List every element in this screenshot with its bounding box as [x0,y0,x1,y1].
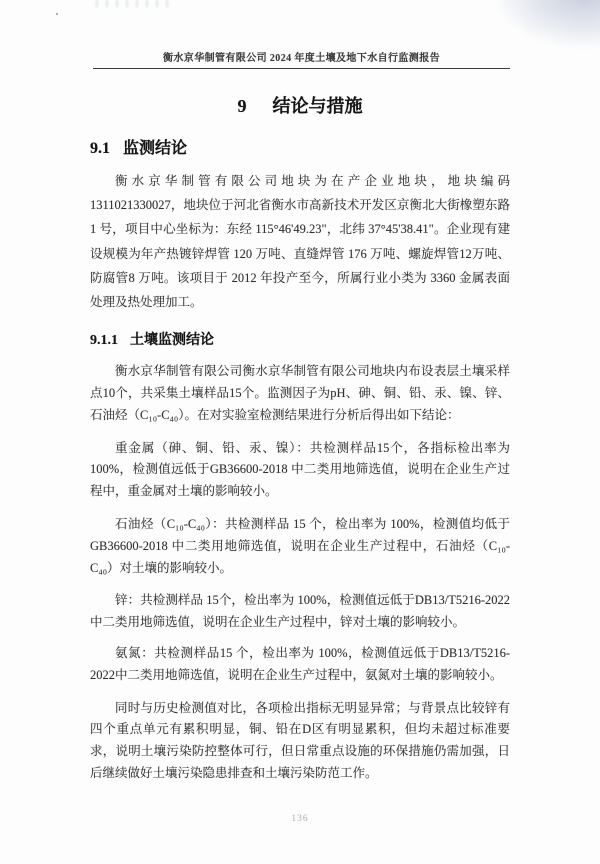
paragraph-petroleum-hydrocarbons: 石油烃（C₁₀-C₄₀）：共检测样品 15 个，检出率为 100%，检测值均低于… [90,514,510,579]
section-heading-9-1: 9.1 监测结论 [90,135,510,158]
paragraph-historical-comparison: 同时与历史检测值对比，各项检出指标无明显异常；与背景点比较锌有四个重点单元有累积… [90,698,510,785]
scan-speck [56,13,58,15]
subsection-number: 9.1.1 [90,333,118,349]
page-footer: 136 [0,814,600,824]
section-number: 9.1 [90,140,110,158]
paragraph-heavy-metals: 重金属（砷、铜、铅、汞、镍）：共检测样品15个，各指标检出率为 100%，检测值… [90,438,510,503]
paragraph-zinc: 锌：共检测样品 15个，检出率为 100%，检测值远低于DB13/T5216-2… [90,590,510,634]
chapter-heading: 9 结论与措施 [90,92,510,118]
paragraph-site-overview: 衡水京华制管有限公司地块为在产企业地块，地块编码 1311021330027，地… [90,169,510,314]
page-body: 9 结论与措施 9.1 监测结论 衡水京华制管有限公司地块为在产企业地块，地块编… [90,88,510,785]
paragraph-sampling-summary: 衡水京华制管有限公司衡水京华制管有限公司地块内布设表层土壤采样点10个，共采集土… [90,361,510,426]
paragraph-ammonia-nitrogen: 氨氮：共检测样品15 个，检出率为 100%，检测值远低于DB13/T5216-… [90,643,510,687]
page-number: 136 [291,814,308,824]
report-title-text: 衡水京华制管有限公司 2024 年度土壤及地下水自行监测报告 [163,53,440,64]
subsection-heading-9-1-1: 9.1.1 土壤监测结论 [90,329,510,349]
section-title: 监测结论 [123,135,187,158]
scan-smudge-top-right [498,0,600,46]
chapter-number: 9 [238,96,247,117]
running-header: 衡水京华制管有限公司 2024 年度土壤及地下水自行监测报告 [93,49,510,69]
subsection-title: 土壤监测结论 [130,329,214,349]
document-page: 衡水京华制管有限公司 2024 年度土壤及地下水自行监测报告 9 结论与措施 9… [0,0,600,864]
scan-marks-top-left [96,0,168,7]
chapter-title: 结论与措施 [273,92,363,118]
